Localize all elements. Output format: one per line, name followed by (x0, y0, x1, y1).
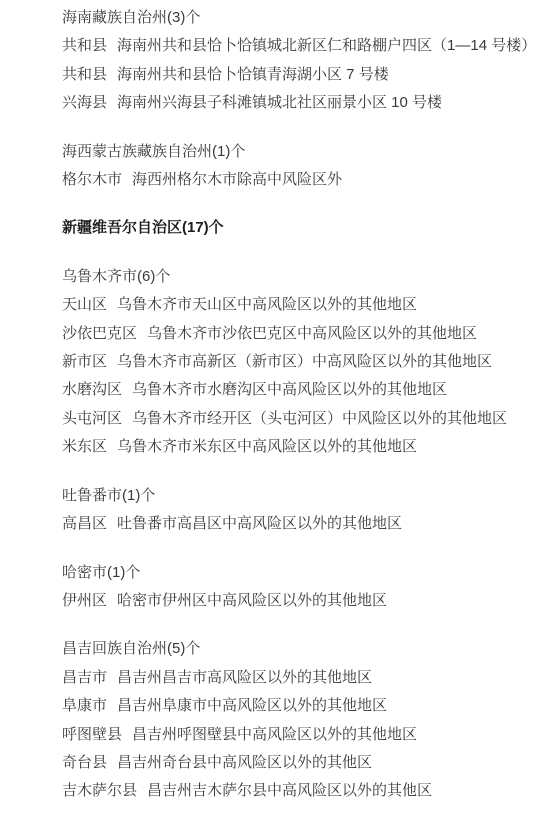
area-line: 格尔木市海西州格尔木市除高中风险区外 (62, 166, 538, 194)
area-region-label: 水磨沟区 (62, 381, 122, 398)
area-region-label: 昌吉市 (62, 669, 107, 686)
area-region-label: 头屯河区 (62, 410, 122, 427)
area-description: 昌吉州阜康市中高风险区以外的其他地区 (117, 697, 387, 714)
city-group: 海南藏族自治州(3)个共和县海南州共和县恰卜恰镇城北新区仁和路棚户四区（1—14… (62, 4, 538, 118)
area-line: 兴海县海南州兴海县子科滩镇城北社区丽景小区 10 号楼 (62, 89, 538, 117)
area-description: 乌鲁木齐市水磨沟区中高风险区以外的其他地区 (132, 381, 447, 398)
area-description: 乌鲁木齐市经开区（头屯河区）中风险区以外的其他地区 (132, 410, 507, 427)
area-line: 伊州区哈密市伊州区中高风险区以外的其他地区 (62, 587, 538, 615)
area-description: 乌鲁木齐市沙依巴克区中高风险区以外的其他地区 (147, 325, 477, 342)
area-line: 新市区乌鲁木齐市高新区（新市区）中高风险区以外的其他地区 (62, 348, 538, 376)
area-region-label: 共和县 (62, 37, 107, 54)
city-group: 昌吉回族自治州(5)个昌吉市昌吉州昌吉市高风险区以外的其他地区阜康市昌吉州阜康市… (62, 635, 538, 805)
area-region-label: 伊州区 (62, 592, 107, 609)
area-line: 奇台县昌吉州奇台县中高风险区以外的其他区 (62, 749, 538, 777)
province-heading: 新疆维吾尔自治区(17)个 (62, 214, 538, 242)
area-line: 米东区乌鲁木齐市米东区中高风险区以外的其他地区 (62, 433, 538, 461)
area-description: 海西州格尔木市除高中风险区外 (132, 171, 342, 188)
province-section: 新疆维吾尔自治区(17)个 (62, 214, 538, 242)
group-heading: 乌鲁木齐市(6)个 (62, 263, 538, 291)
area-region-label: 兴海县 (62, 94, 107, 111)
area-line: 呼图壁县昌吉州呼图壁县中高风险区以外的其他地区 (62, 721, 538, 749)
area-line: 昌吉市昌吉州昌吉市高风险区以外的其他地区 (62, 664, 538, 692)
area-description: 吐鲁番市高昌区中高风险区以外的其他地区 (117, 515, 402, 532)
area-description: 昌吉州吉木萨尔县中高风险区以外的其他区 (147, 782, 432, 799)
group-heading: 海南藏族自治州(3)个 (62, 4, 538, 32)
city-group: 哈密市(1)个伊州区哈密市伊州区中高风险区以外的其他地区 (62, 559, 538, 616)
group-heading: 海西蒙古族藏族自治州(1)个 (62, 138, 538, 166)
area-line: 水磨沟区乌鲁木齐市水磨沟区中高风险区以外的其他地区 (62, 376, 538, 404)
area-line: 沙依巴克区乌鲁木齐市沙依巴克区中高风险区以外的其他地区 (62, 320, 538, 348)
area-region-label: 米东区 (62, 438, 107, 455)
area-line: 共和县海南州共和县恰卜恰镇城北新区仁和路棚户四区（1—14 号楼） (62, 32, 538, 60)
document-body: 海南藏族自治州(3)个共和县海南州共和县恰卜恰镇城北新区仁和路棚户四区（1—14… (0, 0, 556, 813)
area-description: 乌鲁木齐市米东区中高风险区以外的其他地区 (117, 438, 417, 455)
area-line: 吉木萨尔县昌吉州吉木萨尔县中高风险区以外的其他区 (62, 777, 538, 805)
area-description: 昌吉州奇台县中高风险区以外的其他区 (117, 754, 372, 771)
area-line: 阜康市昌吉州阜康市中高风险区以外的其他地区 (62, 692, 538, 720)
area-region-label: 新市区 (62, 353, 107, 370)
area-region-label: 高昌区 (62, 515, 107, 532)
area-region-label: 阜康市 (62, 697, 107, 714)
area-region-label: 沙依巴克区 (62, 325, 137, 342)
area-region-label: 天山区 (62, 296, 107, 313)
area-description: 乌鲁木齐市高新区（新市区）中高风险区以外的其他地区 (117, 353, 492, 370)
area-line: 高昌区吐鲁番市高昌区中高风险区以外的其他地区 (62, 510, 538, 538)
city-group: 海西蒙古族藏族自治州(1)个格尔木市海西州格尔木市除高中风险区外 (62, 138, 538, 195)
area-line: 天山区乌鲁木齐市天山区中高风险区以外的其他地区 (62, 291, 538, 319)
area-region-label: 呼图壁县 (62, 726, 122, 743)
area-line: 头屯河区乌鲁木齐市经开区（头屯河区）中风险区以外的其他地区 (62, 405, 538, 433)
city-group: 吐鲁番市(1)个高昌区吐鲁番市高昌区中高风险区以外的其他地区 (62, 482, 538, 539)
area-description: 昌吉州呼图壁县中高风险区以外的其他地区 (132, 726, 417, 743)
area-description: 乌鲁木齐市天山区中高风险区以外的其他地区 (117, 296, 417, 313)
area-description: 海南州共和县恰卜恰镇青海湖小区 7 号楼 (117, 66, 389, 83)
area-region-label: 共和县 (62, 66, 107, 83)
area-region-label: 格尔木市 (62, 171, 122, 188)
area-line: 共和县海南州共和县恰卜恰镇青海湖小区 7 号楼 (62, 61, 538, 89)
area-description: 哈密市伊州区中高风险区以外的其他地区 (117, 592, 387, 609)
city-group: 乌鲁木齐市(6)个天山区乌鲁木齐市天山区中高风险区以外的其他地区沙依巴克区乌鲁木… (62, 263, 538, 462)
group-heading: 昌吉回族自治州(5)个 (62, 635, 538, 663)
area-region-label: 吉木萨尔县 (62, 782, 137, 799)
area-description: 海南州共和县恰卜恰镇城北新区仁和路棚户四区（1—14 号楼） (117, 37, 536, 54)
area-description: 昌吉州昌吉市高风险区以外的其他地区 (117, 669, 372, 686)
area-description: 海南州兴海县子科滩镇城北社区丽景小区 10 号楼 (117, 94, 442, 111)
group-heading: 吐鲁番市(1)个 (62, 482, 538, 510)
group-heading: 哈密市(1)个 (62, 559, 538, 587)
area-region-label: 奇台县 (62, 754, 107, 771)
